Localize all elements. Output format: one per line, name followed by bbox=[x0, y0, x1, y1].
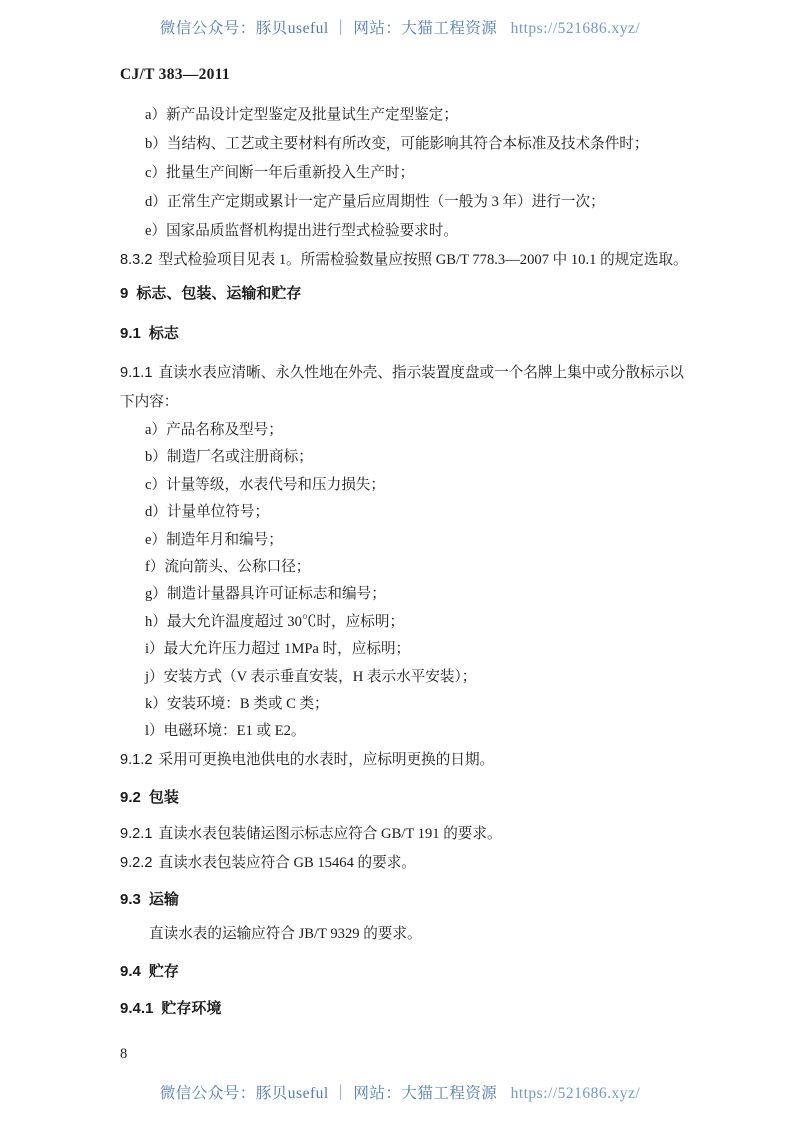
clause-9-2-1: 9.2.1直读水表包装储运图示标志应符合 GB/T 191 的要求。 bbox=[120, 820, 692, 849]
clause-9-1-2: 9.1.2采用可更换电池供电的水表时，应标明更换的日期。 bbox=[120, 746, 692, 775]
clause-text: 型式检验项目见表 1。所需检验数量应按照 GB/T 778.3—2007 中 1… bbox=[158, 252, 687, 268]
heading-title: 包装 bbox=[149, 789, 179, 806]
list-item: l）电磁环境：E1 或 E2。 bbox=[145, 718, 692, 745]
heading-number: 9.4 bbox=[120, 963, 141, 980]
watermark-separator bbox=[502, 20, 506, 37]
list-item: a）产品名称及型号； bbox=[145, 417, 692, 444]
heading-title: 运输 bbox=[149, 891, 179, 908]
clause-9-1-1: 9.1.1直读水表应清晰、永久性地在外壳、指示装置度盘或一个名牌上集中或分散标示… bbox=[120, 359, 692, 417]
list-item: j）安装方式（V 表示垂直安装，H 表示水平安装）； bbox=[145, 664, 692, 691]
heading-title: 标志 bbox=[149, 325, 179, 342]
watermark-text: 微信公众号：豚贝useful ｜ 网站：大猫工程资源 bbox=[160, 20, 498, 37]
section-9-1-heading: 9.1标志 bbox=[120, 319, 692, 348]
clause-text: 采用可更换电池供电的水表时，应标明更换的日期。 bbox=[158, 752, 494, 768]
section-9-2-heading: 9.2包装 bbox=[120, 783, 692, 812]
watermark-text: 微信公众号：豚贝useful ｜ 网站：大猫工程资源 bbox=[160, 1085, 498, 1102]
list-item: e）国家品质监督机构提出进行型式检验要求时。 bbox=[145, 217, 692, 246]
header-watermark: 微信公众号：豚贝useful ｜ 网站：大猫工程资源 https://52168… bbox=[0, 16, 800, 38]
page-content: a）新产品设计定型鉴定及批量试生产定型鉴定； b）当结构、工艺或主要材料有所改变… bbox=[120, 101, 692, 1023]
list-item: g）制造计量器具许可证标志和编号； bbox=[145, 581, 692, 608]
footer-watermark: 微信公众号：豚贝useful ｜ 网站：大猫工程资源 https://52168… bbox=[0, 1081, 800, 1103]
list-item: c）批量生产间断一年后重新投入生产时； bbox=[145, 159, 692, 188]
list-item: c）计量等级，水表代号和压力损失； bbox=[145, 472, 692, 499]
list-item: e）制造年月和编号； bbox=[145, 527, 692, 554]
list-item: b）当结构、工艺或主要材料有所改变，可能影响其符合本标准及技术条件时； bbox=[145, 130, 692, 159]
heading-number: 9.4.1 bbox=[120, 1000, 153, 1017]
watermark-url: https://521686.xyz/ bbox=[511, 20, 641, 37]
list-item: h）最大允许温度超过 30℃时，应标明； bbox=[145, 609, 692, 636]
clause-number: 9.1.2 bbox=[120, 752, 152, 768]
clause-text: 直读水表应清晰、永久性地在外壳、指示装置度盘或一个名牌上集中或分散标示以下内容： bbox=[120, 365, 684, 410]
list-item: d）计量单位符号； bbox=[145, 499, 692, 526]
section-9-3-heading: 9.3运输 bbox=[120, 885, 692, 914]
clause-number: 8.3.2 bbox=[120, 252, 152, 268]
section-9-4-heading: 9.4贮存 bbox=[120, 957, 692, 986]
list-item: f）流向箭头、公称口径； bbox=[145, 554, 692, 581]
list-item: a）新产品设计定型鉴定及批量试生产定型鉴定； bbox=[145, 101, 692, 130]
clause-number: 9.2.2 bbox=[120, 855, 152, 871]
clause-9-2-2: 9.2.2直读水表包装应符合 GB 15464 的要求。 bbox=[120, 849, 692, 878]
heading-number: 9.1 bbox=[120, 325, 141, 342]
heading-number: 9.2 bbox=[120, 789, 141, 806]
heading-title: 标志、包装、运输和贮存 bbox=[136, 285, 301, 302]
section-9-4-1-heading: 9.4.1贮存环境 bbox=[120, 994, 692, 1023]
heading-title: 贮存环境 bbox=[161, 1000, 221, 1017]
list-item: b）制造厂名或注册商标； bbox=[145, 444, 692, 471]
heading-number: 9 bbox=[120, 285, 128, 302]
section-9-heading: 9标志、包装、运输和贮存 bbox=[120, 279, 692, 308]
doc-code: CJ/T 383—2011 bbox=[120, 66, 230, 84]
type-inspection-conditions-list: a）新产品设计定型鉴定及批量试生产定型鉴定； b）当结构、工艺或主要材料有所改变… bbox=[145, 101, 692, 246]
watermark-separator bbox=[502, 1085, 506, 1102]
clause-text: 直读水表包装储运图示标志应符合 GB/T 191 的要求。 bbox=[158, 826, 501, 842]
list-item: i）最大允许压力超过 1MPa 时，应标明； bbox=[145, 636, 692, 663]
clause-text: 直读水表包装应符合 GB 15464 的要求。 bbox=[158, 855, 415, 871]
heading-title: 贮存 bbox=[149, 963, 179, 980]
heading-number: 9.3 bbox=[120, 891, 141, 908]
page-number: 8 bbox=[120, 1046, 127, 1063]
clause-number: 9.1.1 bbox=[120, 365, 152, 381]
clause-number: 9.2.1 bbox=[120, 826, 152, 842]
transport-paragraph: 直读水表的运输应符合 JB/T 9329 的要求。 bbox=[120, 920, 692, 949]
marking-content-list: a）产品名称及型号； b）制造厂名或注册商标； c）计量等级，水表代号和压力损失… bbox=[145, 417, 692, 746]
list-item: d）正常生产定期或累计一定产量后应周期性（一般为 3 年）进行一次； bbox=[145, 188, 692, 217]
list-item: k）安装环境：B 类或 C 类； bbox=[145, 691, 692, 718]
watermark-url: https://521686.xyz/ bbox=[511, 1085, 641, 1102]
clause-8-3-2: 8.3.2型式检验项目见表 1。所需检验数量应按照 GB/T 778.3—200… bbox=[120, 246, 692, 275]
